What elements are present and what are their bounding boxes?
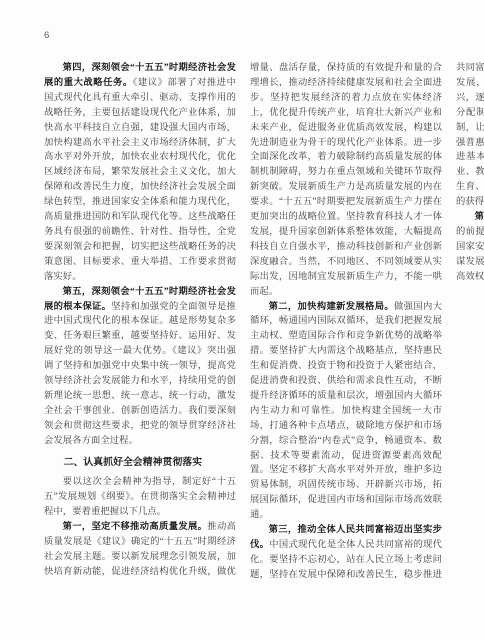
paragraph-fundamental-guarantee: 第五，深刻领会“十五五”时期经济社会发展的根本保证。坚持和加强党的全面领导是推进… [44, 285, 236, 449]
paragraph-strategic-tasks: 第四，深刻领会“十五五”时期经济社会发展的重大战略任务。《建议》部署了对推进中国… [44, 61, 236, 285]
paragraph-text: 《建议》部署了对推进中国式现代化具有重大牵引、驱动、支撑作用的战略任务，主要包括… [44, 78, 236, 282]
paragraph-lead: 第二，加快构建新发展格局。 [269, 302, 394, 312]
paragraph-lead: 第一，坚定不移推动高质量发展。 [63, 522, 208, 532]
paragraph-lead: 第四，更好统筹发展和安全。 [475, 212, 484, 222]
paragraph-new-development-pattern: 第二，加快构建新发展格局。做强国内大循环，畅通国内国际双循环，是我们把握发展主动… [250, 300, 442, 524]
article-columns: 第四，深刻领会“十五五”时期经济社会发展的重大战略任务。《建议》部署了对推进中国… [44, 61, 442, 591]
paragraph-text: 安全是发展的前提，发展是安全的保障。要深入贯彻总体国家安全观，坚持在发展中固安全… [456, 212, 484, 282]
section-heading: 二、认真抓好全会精神贯彻落实 [44, 456, 236, 471]
page-number: 6 [44, 30, 442, 41]
document-page: 6 第四，深刻领会“十五五”时期经济社会发展的重大战略任务。《建议》部署了对推进… [0, 0, 484, 640]
paragraph-text: 坚持和加强党的全面领导是推进中国式现代化的根本保证。越是形势复杂多变、任务艰巨繁… [44, 302, 236, 446]
paragraph-implementation-intro: 要以这次全会精神为指导，制定好“十五五”发展规划《纲要》。在贯彻落实全会精神过程… [44, 475, 236, 520]
paragraph-development-and-security: 第四，更好统筹发展和安全。安全是发展的前提，发展是安全的保障。要深入贯彻总体国家… [456, 210, 484, 285]
paragraph-text: 做强国内大循环，畅通国内国际双循环，是我们把握发展主动权、塑造国际合作和竞争新优… [250, 302, 442, 521]
